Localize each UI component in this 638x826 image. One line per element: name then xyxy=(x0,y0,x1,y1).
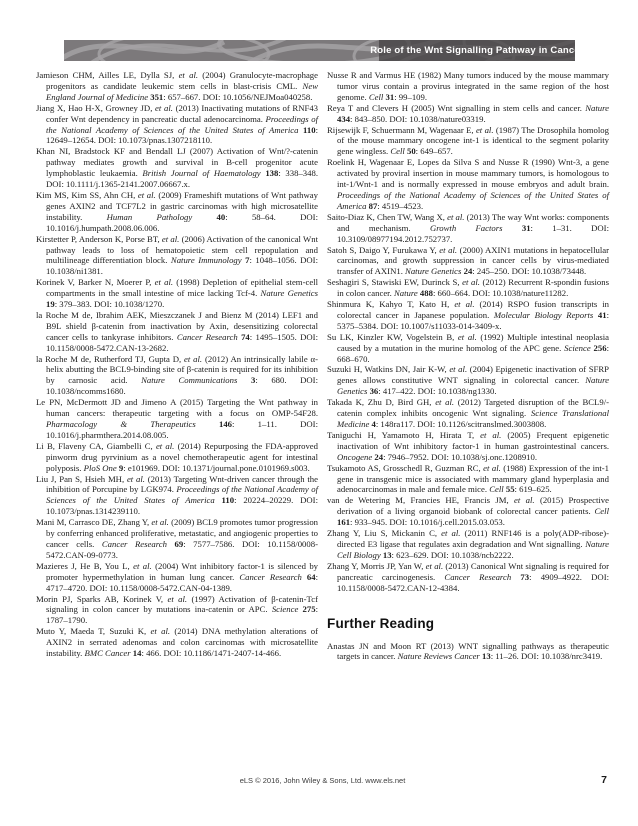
reference-item: Li B, Flaveny CA, Giambelli C, et al. (2… xyxy=(36,441,318,474)
reference-item: Mani M, Carrasco DE, Zhang Y, et al. (20… xyxy=(36,517,318,561)
reference-item: Muto Y, Maeda T, Suzuki K, et al. (2014)… xyxy=(36,626,318,659)
reference-item: Nusse R and Varmus HE (1982) Many tumors… xyxy=(327,70,609,103)
header-banner: Role of the Wnt Signalling Pathway in Ca… xyxy=(64,40,575,61)
reference-item: Rijsewijk F, Schuermann M, Wagenaar E, e… xyxy=(327,125,609,158)
reference-item: la Roche M de, Rutherford TJ, Gupta D, e… xyxy=(36,354,318,398)
reference-item: Jiang X, Hao H-X, Growney JD, et al. (20… xyxy=(36,103,318,147)
reference-item: la Roche M de, Ibrahim AEK, Mieszczanek … xyxy=(36,310,318,354)
reference-item: Liu J, Pan S, Hsieh MH, et al. (2013) Ta… xyxy=(36,474,318,518)
reference-item: Korinek V, Barker N, Moerer P, et al. (1… xyxy=(36,277,318,310)
reference-item: Suzuki H, Watkins DN, Jair K-W, et al. (… xyxy=(327,364,609,397)
reference-item: Tsukamoto AS, Grosschedl R, Guzman RC, e… xyxy=(327,463,609,496)
header-title-box: Role of the Wnt Signalling Pathway in Ca… xyxy=(379,40,575,61)
reference-item: Seshagiri S, Stawiski EW, Durinck S, et … xyxy=(327,277,609,299)
document-page: Role of the Wnt Signalling Pathway in Ca… xyxy=(0,0,638,826)
reference-item: Kim MS, Kim SS, Ahn CH, et al. (2009) Fr… xyxy=(36,190,318,234)
reference-item: Le PN, McDermott JD and Jimeno A (2015) … xyxy=(36,397,318,441)
reference-item: Takada K, Zhu D, Bird GH, et al. (2012) … xyxy=(327,397,609,430)
reference-item: Anastas JN and Moon RT (2013) WNT signal… xyxy=(327,641,609,663)
further-reading-heading: Further Reading xyxy=(327,616,609,631)
reference-item: van de Wetering M, Francies HE, Francis … xyxy=(327,495,609,528)
reference-item: Satoh S, Daigo Y, Furukawa Y, et al. (20… xyxy=(327,245,609,278)
reference-item: Khan NI, Bradstock KF and Bendall LJ (20… xyxy=(36,146,318,190)
references-right-column: Nusse R and Varmus HE (1982) Many tumors… xyxy=(327,70,609,662)
reference-item: Jamieson CHM, Ailles LE, Dylla SJ, et al… xyxy=(36,70,318,103)
page-number: 7 xyxy=(601,774,607,786)
reference-item: Saito-Diaz K, Chen TW, Wang X, et al. (2… xyxy=(327,212,609,245)
further-reading-list: Anastas JN and Moon RT (2013) WNT signal… xyxy=(327,641,609,663)
reference-item: Zhang Y, Morris JP, Yan W, et al. (2013)… xyxy=(327,561,609,594)
footer-credit: eLS © 2016, John Wiley & Sons, Ltd. www.… xyxy=(36,776,609,785)
references-right-list: Nusse R and Varmus HE (1982) Many tumors… xyxy=(327,70,609,594)
reference-item: Kirstetter P, Anderson K, Porse BT, et a… xyxy=(36,234,318,278)
references-left-column: Jamieson CHM, Ailles LE, Dylla SJ, et al… xyxy=(36,70,318,662)
reference-item: Zhang Y, Liu S, Mickanin C, et al. (2011… xyxy=(327,528,609,561)
reference-item: Reya T and Clevers H (2005) Wnt signalli… xyxy=(327,103,609,125)
reference-item: Su LK, Kinzler KW, Vogelstein B, et al. … xyxy=(327,332,609,365)
page-footer: eLS © 2016, John Wiley & Sons, Ltd. www.… xyxy=(36,776,609,790)
reference-item: Taniguchi H, Yamamoto H, Hirata T, et al… xyxy=(327,430,609,463)
references-section: Jamieson CHM, Ailles LE, Dylla SJ, et al… xyxy=(36,70,609,662)
reference-item: Morin PJ, Sparks AB, Korinek V, et al. (… xyxy=(36,594,318,627)
reference-item: Mazieres J, He B, You L, et al. (2004) W… xyxy=(36,561,318,594)
reference-item: Roelink H, Wagenaar E, Lopes da Silva S … xyxy=(327,157,609,212)
reference-item: Shinmura K, Kahyo T, Kato H, et al. (201… xyxy=(327,299,609,332)
page-title: Role of the Wnt Signalling Pathway in Ca… xyxy=(370,45,575,56)
